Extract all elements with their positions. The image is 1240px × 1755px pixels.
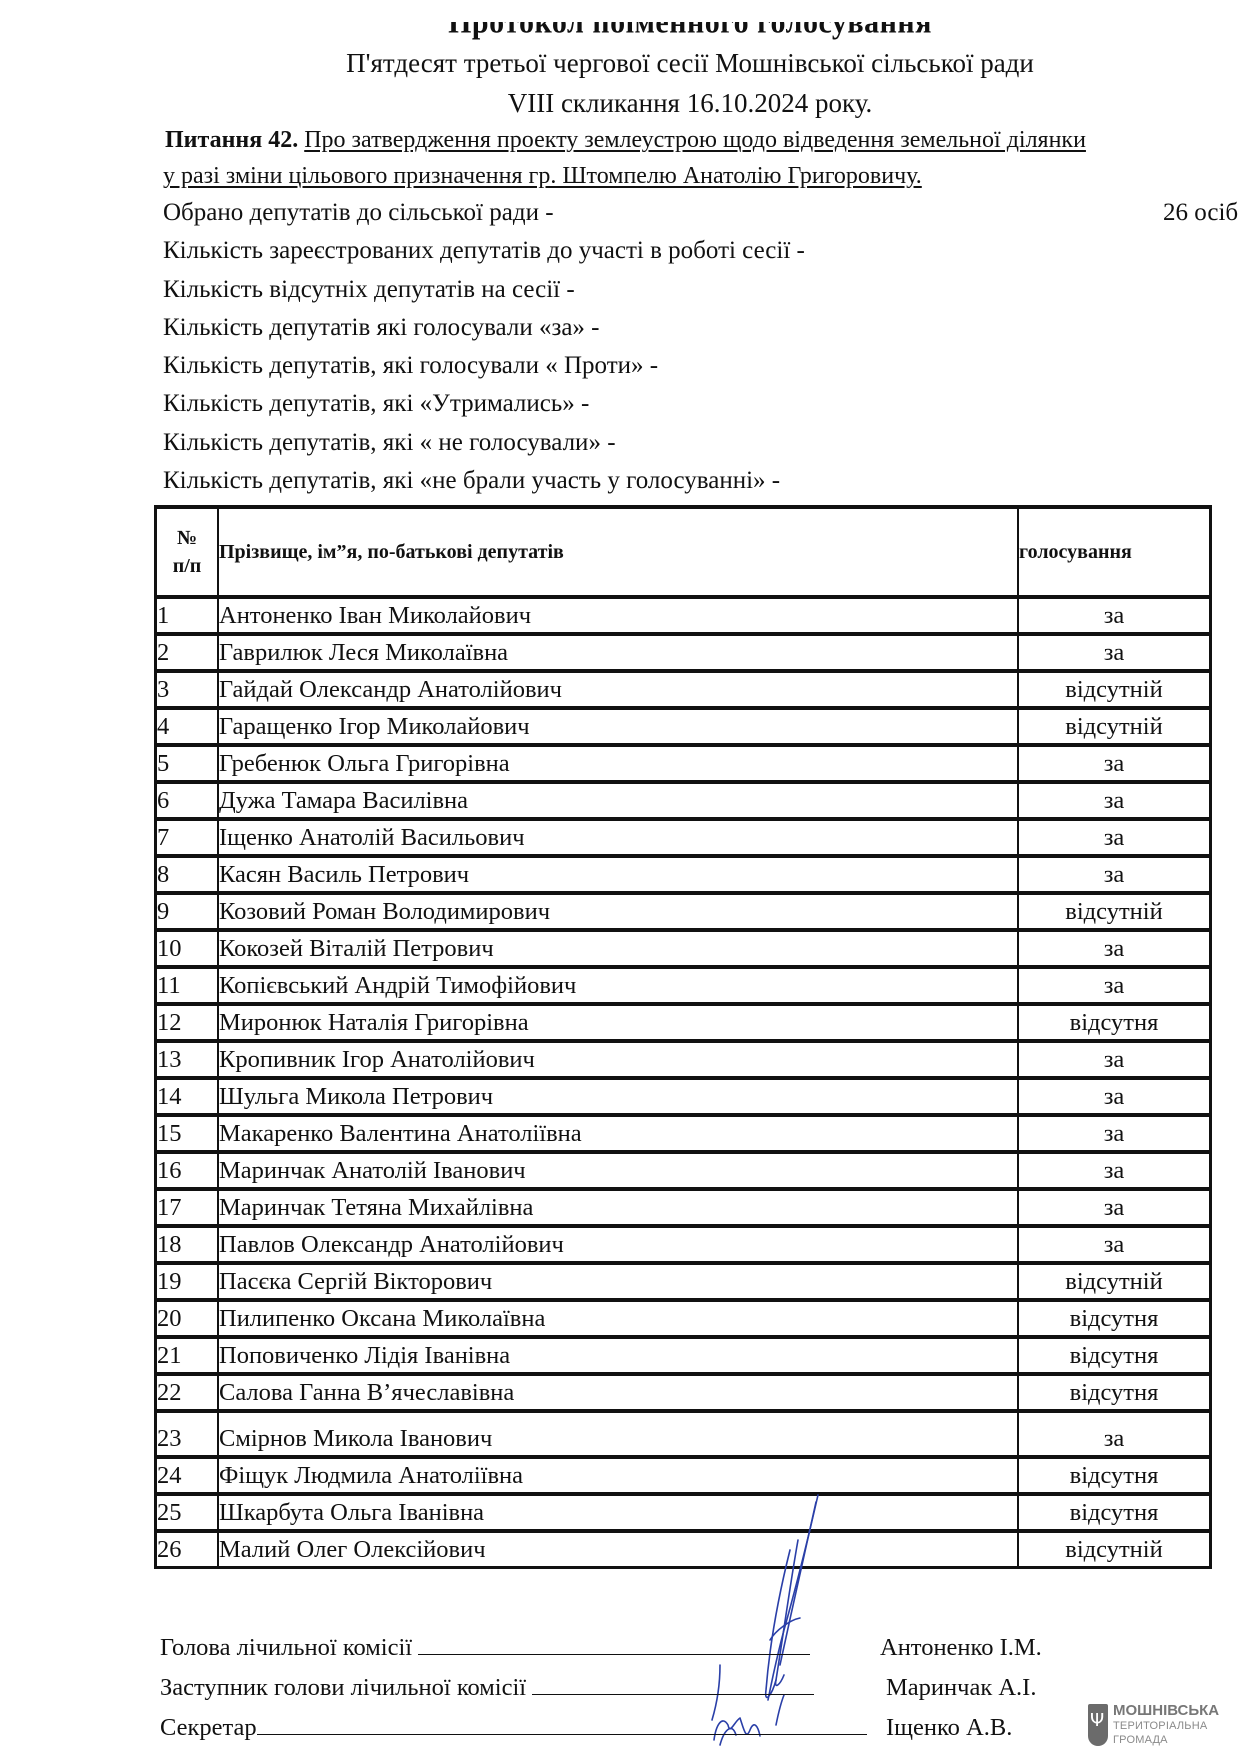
row-number: 14 [156, 1078, 219, 1115]
deputy-name: Павлов Олександр Анатолійович [218, 1226, 1018, 1263]
row-number: 20 [156, 1300, 219, 1337]
stat-value: 11 [1225, 276, 1240, 304]
signature-name-secretary: Іщенко А.В. [886, 1714, 1012, 1742]
table-row: 19Пасєка Сергій Вікторовичвідсутній [156, 1263, 1211, 1300]
row-number: 4 [156, 708, 219, 745]
community-logo: МОШНІВСЬКА ТЕРИТОРІАЛЬНА ГРОМАДА [1088, 1702, 1238, 1752]
vote-result: за [1018, 1041, 1211, 1078]
deputy-name: Шульга Микола Петрович [218, 1078, 1018, 1115]
stat-value: 0 [1225, 390, 1240, 418]
deputy-name: Малий Олег Олексійович [218, 1531, 1018, 1568]
deputy-name: Антоненко Іван Миколайович [218, 597, 1018, 634]
header-num-symbol: № [177, 527, 197, 549]
vote-result: за [1018, 1189, 1211, 1226]
deputy-name: Іщенко Анатолій Васильович [218, 819, 1018, 856]
row-number: 9 [156, 893, 219, 930]
signature-row-deputy: Заступник голови лічильної комісії [160, 1674, 814, 1702]
vote-result: за [1018, 819, 1211, 856]
table-row: 11Копієвський Андрій Тимофійовичза [156, 967, 1211, 1004]
deputy-name: Гаврилюк Леся Миколаївна [218, 634, 1018, 671]
vote-result: за [1018, 745, 1211, 782]
table-row: 14Шульга Микола Петровичза [156, 1078, 1211, 1115]
deputy-name: Гаращенко Ігор Миколайович [218, 708, 1018, 745]
table-row: 15Макаренко Валентина Анатоліївназа [156, 1115, 1211, 1152]
table-row: 26Малий Олег Олексійовичвідсутній [156, 1531, 1211, 1568]
vote-result: відсутня [1018, 1374, 1211, 1411]
deputy-name: Салова Ганна В’ячеславівна [218, 1374, 1018, 1411]
vote-result: за [1018, 1226, 1211, 1263]
vote-result: за [1018, 1411, 1211, 1457]
convocation-date: VIII скликання 16.10.2024 року. [0, 88, 1240, 119]
header-num-label: п/п [173, 555, 202, 577]
table-body: 1Антоненко Іван Миколайовичза2Гаврилюк Л… [156, 597, 1211, 1568]
vote-result: відсутній [1018, 708, 1211, 745]
vote-result: за [1018, 1152, 1211, 1189]
table-row: 3Гайдай Олександр Анатолійовичвідсутній [156, 671, 1211, 708]
deputy-name: Смірнов Микола Іванович [218, 1411, 1018, 1457]
table-row: 1Антоненко Іван Миколайовичза [156, 597, 1211, 634]
row-number: 1 [156, 597, 219, 634]
question-label: Питання 42. [165, 127, 298, 153]
question-text-2: у разі зміни цільового призначення гр. Ш… [163, 163, 922, 189]
row-number: 10 [156, 930, 219, 967]
question-line-1: Питання 42. Про затвердження проекту зем… [165, 127, 1086, 154]
stat-label: Кількість відсутніх депутатів на сесії - [163, 276, 575, 304]
stat-abstained: Кількість депутатів, які «Утримались» - … [163, 390, 1213, 428]
stat-label: Кількість зареєстрованих депутатів до уч… [163, 237, 805, 265]
deputy-name: Шкарбута Ольга Іванівна [218, 1494, 1018, 1531]
column-header-vote: голосування [1018, 507, 1211, 597]
table-row: 21Поповиченко Лідія Іванівнавідсутня [156, 1337, 1211, 1374]
deputy-name: Кокозей Віталій Петрович [218, 930, 1018, 967]
table-row: 23Смірнов Микола Івановичза [156, 1411, 1211, 1457]
signature-row-chair: Голова лічильної комісії [160, 1634, 810, 1662]
row-number: 22 [156, 1374, 219, 1411]
vote-result: за [1018, 930, 1211, 967]
deputy-name: Копієвський Андрій Тимофійович [218, 967, 1018, 1004]
signature-name-deputy: Маринчак А.І. [886, 1674, 1036, 1702]
vote-result: за [1018, 1078, 1211, 1115]
vote-result: відсутня [1018, 1457, 1211, 1494]
deputy-name: Козовий Роман Володимирович [218, 893, 1018, 930]
vote-result: за [1018, 597, 1211, 634]
deputy-name: Кропивник Ігор Анатолійович [218, 1041, 1018, 1078]
row-number: 2 [156, 634, 219, 671]
stat-label: Кількість депутатів які голосували «за» … [163, 314, 600, 342]
table-row: 25Шкарбута Ольга Іванівнавідсутня [156, 1494, 1211, 1531]
table-row: 22Салова Ганна В’ячеславівнавідсутня [156, 1374, 1211, 1411]
question-line-2: у разі зміни цільового призначення гр. Ш… [163, 163, 922, 190]
deputy-name: Дужа Тамара Василівна [218, 782, 1018, 819]
logo-line-3: ГРОМАДА [1113, 1734, 1168, 1746]
row-number: 25 [156, 1494, 219, 1531]
column-header-number: № п/п [156, 507, 219, 597]
table-row: 7Іщенко Анатолій Васильовичза [156, 819, 1211, 856]
table-row: 9Козовий Роман Володимировичвідсутній [156, 893, 1211, 930]
document-title: Протокол поіменного голосування [0, 5, 1240, 41]
deputy-name: Фіщук Людмила Анатоліївна [218, 1457, 1018, 1494]
stat-registered: Кількість зареєстрованих депутатів до уч… [163, 237, 1213, 275]
signature-line [532, 1674, 814, 1695]
stat-value: 26 осіб [1163, 199, 1240, 227]
deputy-name: Макаренко Валентина Анатоліївна [218, 1115, 1018, 1152]
stat-value: 0 [1225, 352, 1240, 380]
deputy-name: Маринчак Анатолій Іванович [218, 1152, 1018, 1189]
table-row: 18Павлов Олександр Анатолійовичза [156, 1226, 1211, 1263]
stat-label: Кількість депутатів, які голосували « Пр… [163, 352, 658, 380]
table-row: 12Миронюк Наталія Григорівнавідсутня [156, 1004, 1211, 1041]
session-subtitle: П'ятдесят третьої чергової сесії Мошнівс… [0, 48, 1240, 79]
logo-line-1: МОШНІВСЬКА [1113, 1702, 1219, 1719]
deputy-name: Поповиченко Лідія Іванівна [218, 1337, 1018, 1374]
row-number: 23 [156, 1411, 219, 1457]
roll-call-table: № п/п Прізвище, ім”я, по-батькові депута… [154, 505, 1212, 1569]
table-row: 5Гребенюк Ольга Григорівназа [156, 745, 1211, 782]
signature-role: Секретар [160, 1714, 257, 1741]
signature-line [418, 1634, 810, 1655]
table-row: 4Гаращенко Ігор Миколайовичвідсутній [156, 708, 1211, 745]
trident-emblem-icon [1088, 1704, 1108, 1746]
table-row: 13Кропивник Ігор Анатолійовичза [156, 1041, 1211, 1078]
signature-row-secretary: Секретар [160, 1714, 867, 1742]
row-number: 21 [156, 1337, 219, 1374]
deputy-name: Пилипенко Оксана Миколаївна [218, 1300, 1018, 1337]
stat-label: Кількість депутатів, які « не голосували… [163, 429, 616, 457]
stat-for: Кількість депутатів які голосували «за» … [163, 314, 1213, 352]
row-number: 15 [156, 1115, 219, 1152]
stat-label: Обрано депутатів до сільської ради - [163, 199, 554, 227]
deputy-name: Гребенюк Ольга Григорівна [218, 745, 1018, 782]
stat-value: 15 [1225, 314, 1240, 342]
vote-result: за [1018, 782, 1211, 819]
vote-result: відсутня [1018, 1004, 1211, 1041]
row-number: 24 [156, 1457, 219, 1494]
row-number: 3 [156, 671, 219, 708]
row-number: 12 [156, 1004, 219, 1041]
deputy-name: Касян Василь Петрович [218, 856, 1018, 893]
stat-value: 0 [1225, 429, 1240, 457]
column-header-name: Прізвище, ім”я, по-батькові депутатів [218, 507, 1018, 597]
row-number: 7 [156, 819, 219, 856]
vote-result: відсутній [1018, 893, 1211, 930]
deputy-name: Гайдай Олександр Анатолійович [218, 671, 1018, 708]
row-number: 6 [156, 782, 219, 819]
stat-value: 15 [1225, 237, 1240, 265]
signature-role: Голова лічильної комісії [160, 1634, 412, 1661]
vote-result: відсутня [1018, 1494, 1211, 1531]
row-number: 13 [156, 1041, 219, 1078]
question-text-1: Про затвердження проекту землеустрою щод… [304, 127, 1086, 153]
stat-value: 0 [1225, 467, 1240, 495]
logo-line-2: ТЕРИТОРІАЛЬНА [1113, 1720, 1207, 1732]
table-row: 16Маринчак Анатолій Івановичза [156, 1152, 1211, 1189]
vote-result: за [1018, 856, 1211, 893]
table-row: 6Дужа Тамара Василівназа [156, 782, 1211, 819]
deputy-name: Миронюк Наталія Григорівна [218, 1004, 1018, 1041]
deputy-name: Пасєка Сергій Вікторович [218, 1263, 1018, 1300]
stat-not-participated: Кількість депутатів, які «не брали участ… [163, 467, 1213, 505]
stat-label: Кількість депутатів, які «не брали участ… [163, 467, 780, 495]
vote-result: відсутній [1018, 671, 1211, 708]
deputy-name: Маринчак Тетяна Михайлівна [218, 1189, 1018, 1226]
row-number: 26 [156, 1531, 219, 1568]
signature-name-chair: Антоненко І.М. [880, 1634, 1042, 1662]
row-number: 8 [156, 856, 219, 893]
signature-role: Заступник голови лічильної комісії [160, 1674, 526, 1701]
table-row: 17Маринчак Тетяна Михайлівназа [156, 1189, 1211, 1226]
row-number: 11 [156, 967, 219, 1004]
stat-absent: Кількість відсутніх депутатів на сесії -… [163, 276, 1213, 314]
vote-result: відсутня [1018, 1300, 1211, 1337]
table-header-row: № п/п Прізвище, ім”я, по-батькові депута… [156, 507, 1211, 597]
stat-elected: Обрано депутатів до сільської ради - 26 … [163, 199, 1213, 237]
vote-result: за [1018, 1115, 1211, 1152]
table-row: 8Касян Василь Петровичза [156, 856, 1211, 893]
signature-line [257, 1714, 867, 1735]
table-row: 10Кокозей Віталій Петровичза [156, 930, 1211, 967]
vote-result: за [1018, 967, 1211, 1004]
table-row: 24Фіщук Людмила Анатоліївнавідсутня [156, 1457, 1211, 1494]
row-number: 19 [156, 1263, 219, 1300]
table-row: 20Пилипенко Оксана Миколаївнавідсутня [156, 1300, 1211, 1337]
row-number: 18 [156, 1226, 219, 1263]
row-number: 17 [156, 1189, 219, 1226]
vote-result: відсутній [1018, 1531, 1211, 1568]
vote-result: відсутній [1018, 1263, 1211, 1300]
vote-result: за [1018, 634, 1211, 671]
row-number: 16 [156, 1152, 219, 1189]
stat-not-voted: Кількість депутатів, які « не голосували… [163, 429, 1213, 467]
stat-label: Кількість депутатів, які «Утримались» - [163, 390, 589, 418]
row-number: 5 [156, 745, 219, 782]
stat-against: Кількість депутатів, які голосували « Пр… [163, 352, 1213, 390]
vote-result: відсутня [1018, 1337, 1211, 1374]
vote-statistics: Обрано депутатів до сільської ради - 26 … [163, 199, 1213, 505]
table-row: 2Гаврилюк Леся Миколаївназа [156, 634, 1211, 671]
